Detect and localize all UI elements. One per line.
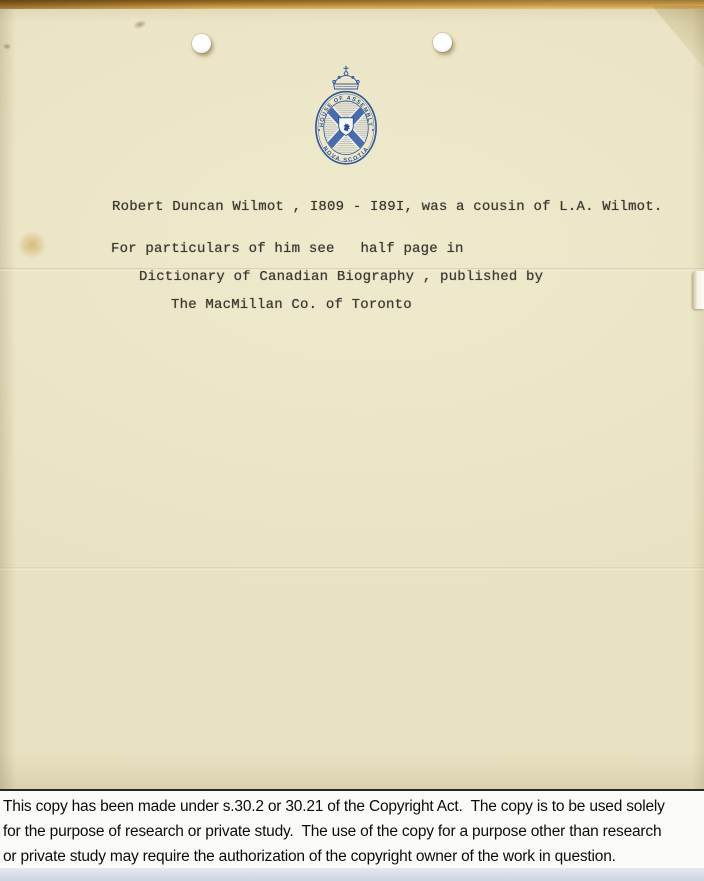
horizontal-fold-line-lower — [0, 567, 704, 570]
ring-dot-right — [372, 129, 374, 131]
punch-hole-right — [433, 33, 452, 52]
typed-line-2: For particulars of him see half page in — [111, 241, 464, 257]
copyright-notice-line-3: or private study may require the authori… — [3, 844, 704, 869]
corner-fold-shading — [652, 6, 704, 68]
paper-stain — [13, 227, 51, 263]
typed-line-1: Robert Duncan Wilmot , I809 - I89I, was … — [112, 199, 663, 215]
copyright-notice-line-1: This copy has been made under s.30.2 or … — [3, 794, 704, 819]
paper-crease-mark — [1, 42, 13, 51]
right-edge-tear — [693, 271, 704, 309]
scan-bottom-strip — [0, 868, 704, 881]
horizontal-fold-line-upper — [0, 268, 704, 271]
ring-dot-left — [318, 129, 320, 131]
scan-top-edge — [0, 0, 704, 9]
paper-crease-mark — [129, 16, 151, 33]
house-of-assembly-crest: HOUSE OF ASSEMBLY NOVA SCOTIA — [302, 63, 390, 167]
crown-icon — [333, 66, 359, 89]
typed-line-3: Dictionary of Canadian Biography , publi… — [139, 269, 543, 285]
copyright-notice-strip: This copy has been made under s.30.2 or … — [0, 791, 704, 868]
typed-line-4: The MacMillan Co. of Toronto — [171, 297, 412, 313]
punch-hole-left — [192, 34, 211, 53]
copyright-notice-line-2: for the purpose of research or private s… — [3, 819, 704, 844]
scanned-document-page: HOUSE OF ASSEMBLY NOVA SCOTIA Robert Dun… — [0, 0, 704, 881]
